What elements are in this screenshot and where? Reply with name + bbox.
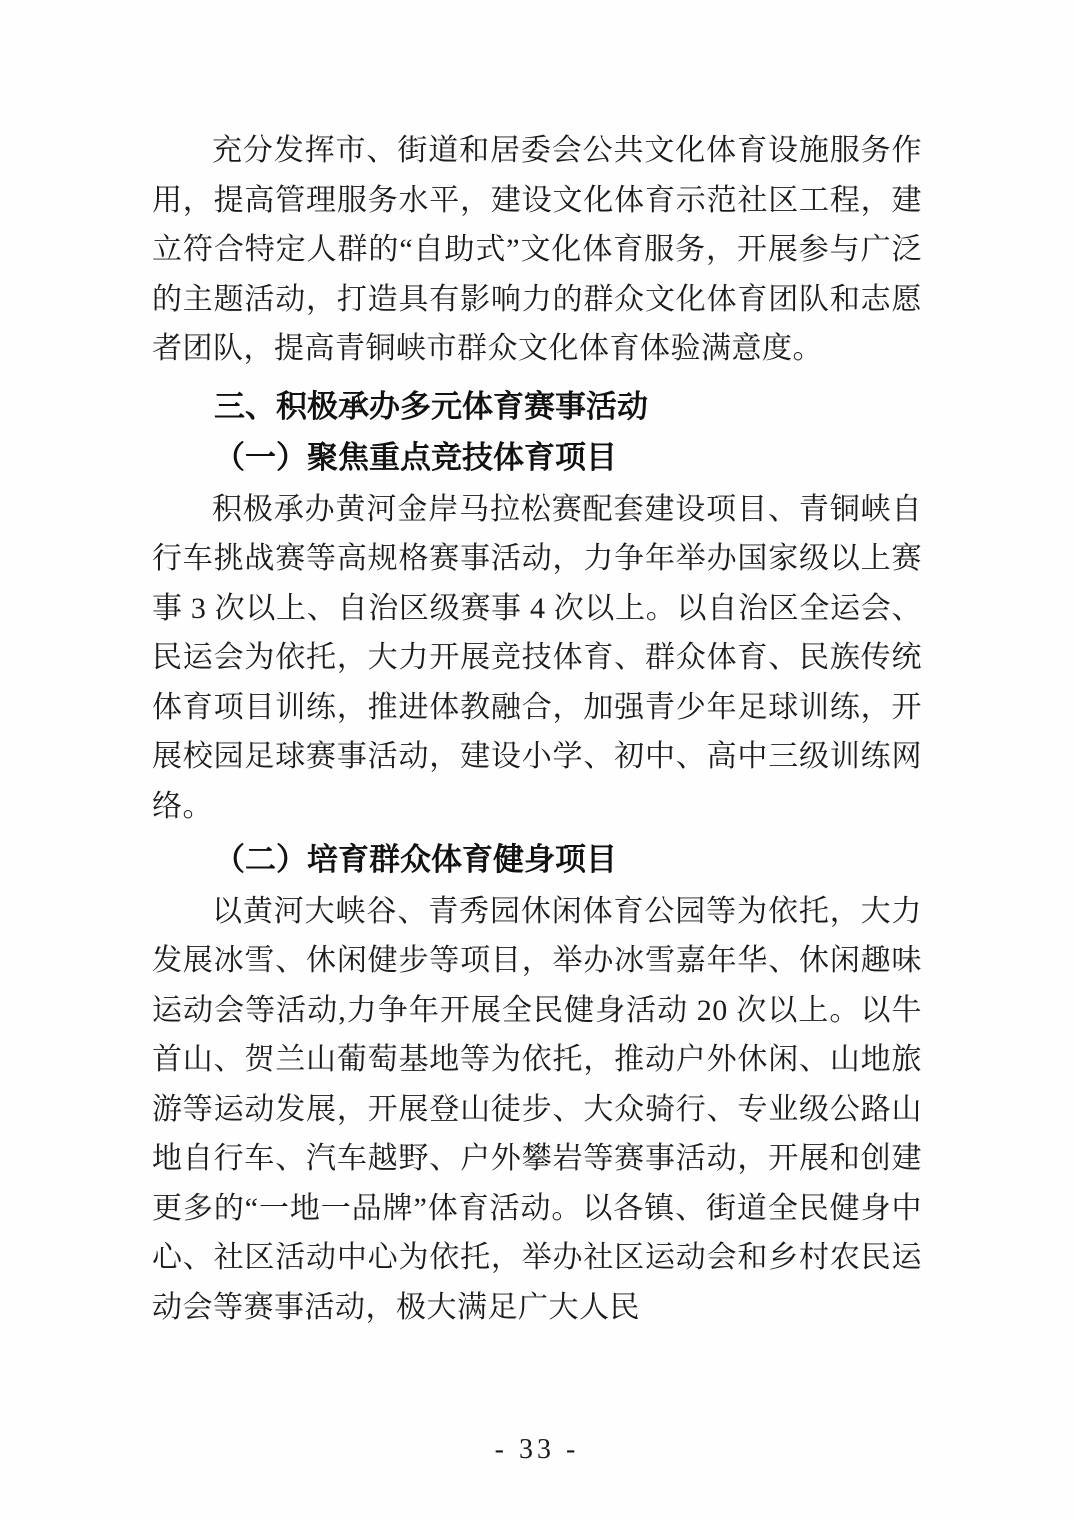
paragraph-competitive-sports: 积极承办黄河金岸马拉松赛配套建设项目、青铜峡自行车挑战赛等高规格赛事活动，力争年…: [152, 485, 922, 832]
paragraph-mass-fitness: 以黄河大峡谷、青秀园休闲体育公园等为依托，大力发展冰雪、休闲健步等项目，举办冰雪…: [152, 887, 922, 1333]
paragraph-public-culture-services: 充分发挥市、街道和居委会公共文化体育设施服务作用，提高管理服务水平，建设文化体育…: [152, 126, 922, 374]
document-page: 充分发挥市、街道和居委会公共文化体育设施服务作用，提高管理服务水平，建设文化体育…: [0, 0, 1074, 1520]
section-heading-sports-events: 三、积极承办多元体育赛事活动: [152, 382, 922, 432]
subsection-heading-mass-fitness: （二）培育群众体育健身项目: [152, 835, 922, 885]
subsection-heading-competitive-sports: （一）聚焦重点竞技体育项目: [152, 433, 922, 483]
page-number: - 33 -: [495, 1434, 580, 1465]
document-content: 充分发挥市、街道和居委会公共文化体育设施服务作用，提高管理服务水平，建设文化体育…: [152, 126, 922, 1332]
page-footer: - 33 -: [0, 1434, 1074, 1466]
